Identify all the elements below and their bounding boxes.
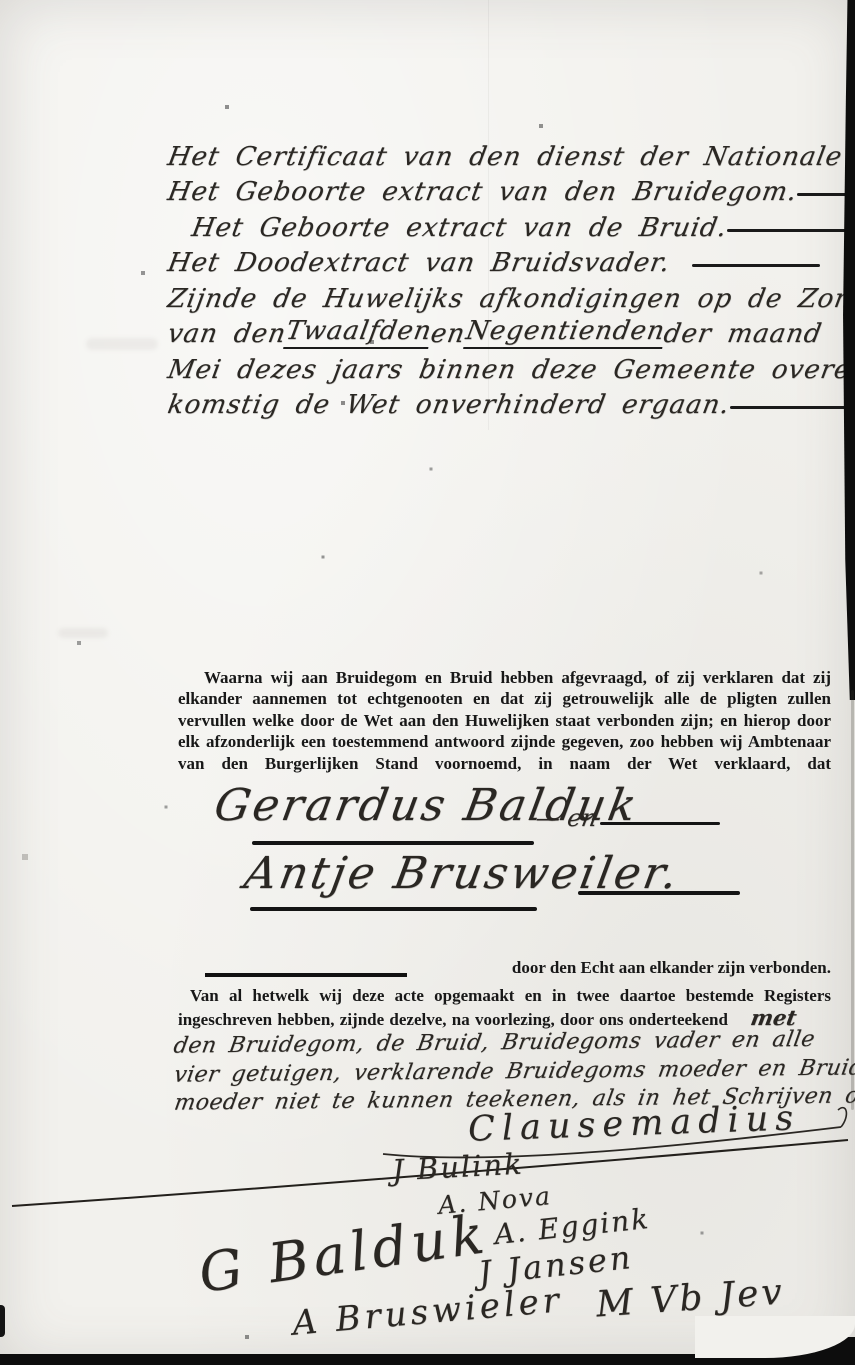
handwritten-text: Het Geboorte extract van den Bruidegom. xyxy=(165,177,799,207)
underlined-date-twaalfden: Twaalfden xyxy=(283,316,434,349)
conjunction-en: — en xyxy=(536,804,597,832)
ink-bleedthrough-smudge xyxy=(58,628,108,638)
scan-edge-right-faint xyxy=(851,690,854,1110)
handwritten-text: Zijnde de Huwelijks afkondigingen op de … xyxy=(165,284,855,314)
filler-rule xyxy=(730,406,855,409)
printed-declaration-paragraph: Waarna wij aan Bruidegom en Bruid hebben… xyxy=(178,667,831,774)
checklist-line-mei: Mei dezes jaars binnen deze Gemeente ove… xyxy=(168,349,848,385)
handwritten-text: Het Geboorte extract van de Bruid. xyxy=(189,213,729,243)
checklist-line-geboorte-bruidegom: Het Geboorte extract van den Bruidegom. xyxy=(168,172,848,208)
handwritten-text: der maand xyxy=(661,319,824,349)
scanned-document-page: Het Certificaat van den dienst der Natio… xyxy=(0,0,855,1365)
checklist-line-ergaan: komstig de Wet onverhinderd ergaan. xyxy=(168,385,848,421)
printed-bond-text: door den Echt aan elkander zijn verbonde… xyxy=(512,958,831,978)
underlined-date-negentienden: Negentienden xyxy=(463,316,667,349)
handwritten-text: Het Certificaat van den dienst der Natio… xyxy=(165,142,855,172)
scan-edge-right xyxy=(842,0,855,700)
checklist-line-militie: Het Certificaat van den dienst der Natio… xyxy=(168,136,848,172)
bond-statement-row: door den Echt aan elkander zijn verbonde… xyxy=(205,958,831,984)
ink-bleedthrough-smudge xyxy=(86,338,158,350)
printed-closing-paragraph: Van al hetwelk wij deze acte opgemaakt e… xyxy=(178,985,831,1031)
handwritten-text: en xyxy=(429,319,468,349)
filler-rule xyxy=(578,891,740,895)
checklist-line-geboorte-bruid: Het Geboorte extract van de Bruid. xyxy=(168,207,848,243)
handwritten-text: van den xyxy=(165,319,288,349)
handwritten-document-checklist: Het Certificaat van den dienst der Natio… xyxy=(168,136,848,420)
handwritten-text: Het Doodextract van Bruidsvader. xyxy=(165,248,672,278)
signature-bride: A Bruswieler xyxy=(291,1280,565,1343)
checklist-line-doodextract: Het Doodextract van Bruidsvader. xyxy=(168,243,848,279)
groom-name-underline xyxy=(252,841,534,845)
conjunction-text: — en xyxy=(534,804,600,832)
checklist-line-afkondigingen: Zijnde de Huwelijks afkondigingen op de … xyxy=(168,278,848,314)
checklist-line-dates: van den Twaalfden en Negentienden der ma… xyxy=(168,314,848,350)
handwritten-text: komstig de Wet onverhinderd ergaan. xyxy=(165,390,732,420)
closing-paragraph-text: Van al hetwelk wij deze acte opgemaakt e… xyxy=(178,986,831,1029)
filler-rule xyxy=(692,264,820,267)
handwritten-text: Mei dezes jaars binnen deze Gemeente ove… xyxy=(165,355,855,385)
filler-rule xyxy=(727,229,855,232)
blank-filler-rule xyxy=(205,973,407,977)
filler-rule xyxy=(600,822,720,825)
scan-edge-left-mark xyxy=(0,1305,5,1337)
bride-name-underline xyxy=(250,907,537,911)
signature-witness-1: J Bulink xyxy=(391,1147,524,1188)
scan-speck-artifacts xyxy=(0,0,2,2)
